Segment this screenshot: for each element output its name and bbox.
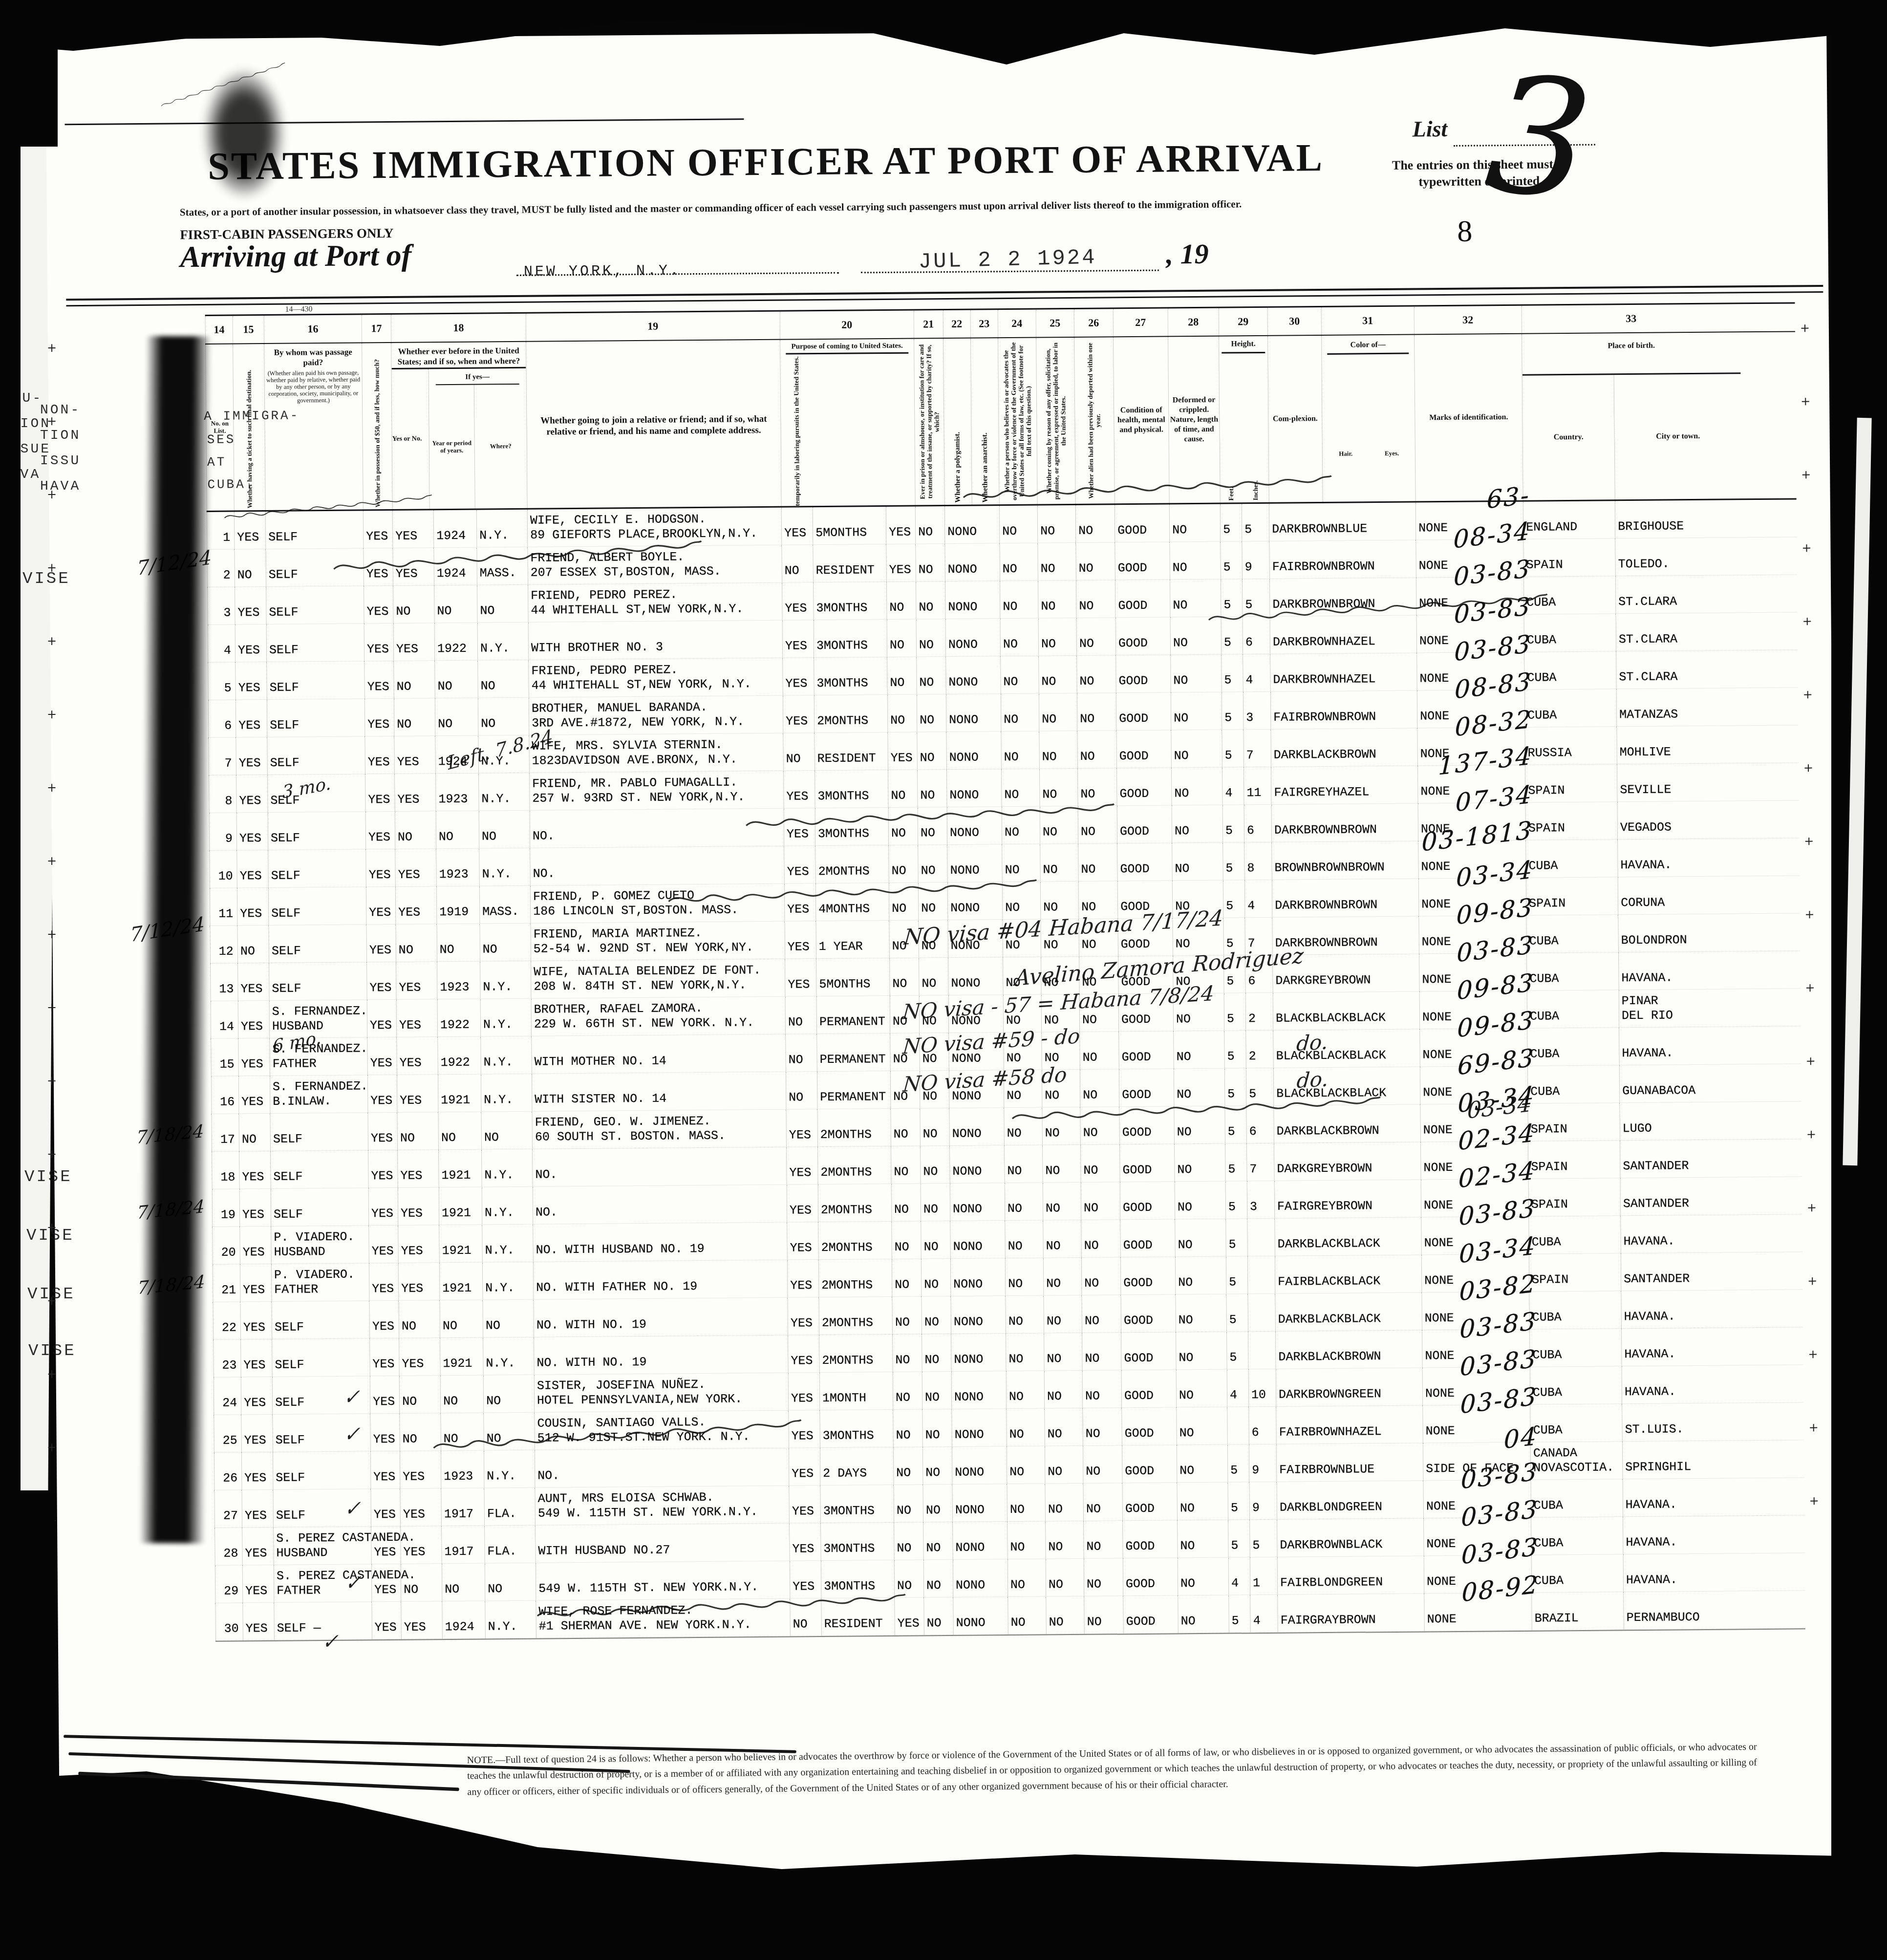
film-corner (0, 0, 58, 147)
registration-mark: + (47, 1368, 57, 1380)
registration-mark: + (47, 782, 57, 794)
registration-mark: + (47, 1295, 57, 1307)
stamp-text: TION (40, 428, 81, 443)
stamp-text: ISSU (40, 453, 81, 469)
registration-mark: + (47, 1222, 57, 1233)
stamp-text: NON- (40, 403, 81, 418)
registration-mark: + (47, 1075, 57, 1087)
registration-mark: + (47, 415, 57, 427)
stamp-text: VISE (28, 1342, 76, 1360)
registration-mark: + (47, 928, 57, 940)
registration-mark: + (47, 1442, 57, 1453)
registration-mark: + (47, 855, 57, 867)
scanned-photo: VISEVISEVISEVISEVISEFOU-ATIONISSUEHAVANO… (0, 0, 1887, 1960)
registration-mark: + (47, 489, 57, 500)
registration-mark: + (47, 1002, 57, 1013)
margin-ink-layer: VISEVISEVISEVISEVISEFOU-ATIONISSUEHAVANO… (0, 0, 1887, 1960)
registration-mark: + (47, 709, 57, 720)
registration-mark: + (47, 342, 57, 354)
stamp-text: VISE (24, 1168, 72, 1186)
registration-mark: + (47, 562, 57, 574)
stamp-text: HAVA (40, 479, 81, 494)
stamp-text: VISE (22, 570, 70, 588)
film-smear (140, 336, 212, 1544)
registration-mark: + (47, 1148, 57, 1160)
registration-mark: + (47, 635, 57, 647)
